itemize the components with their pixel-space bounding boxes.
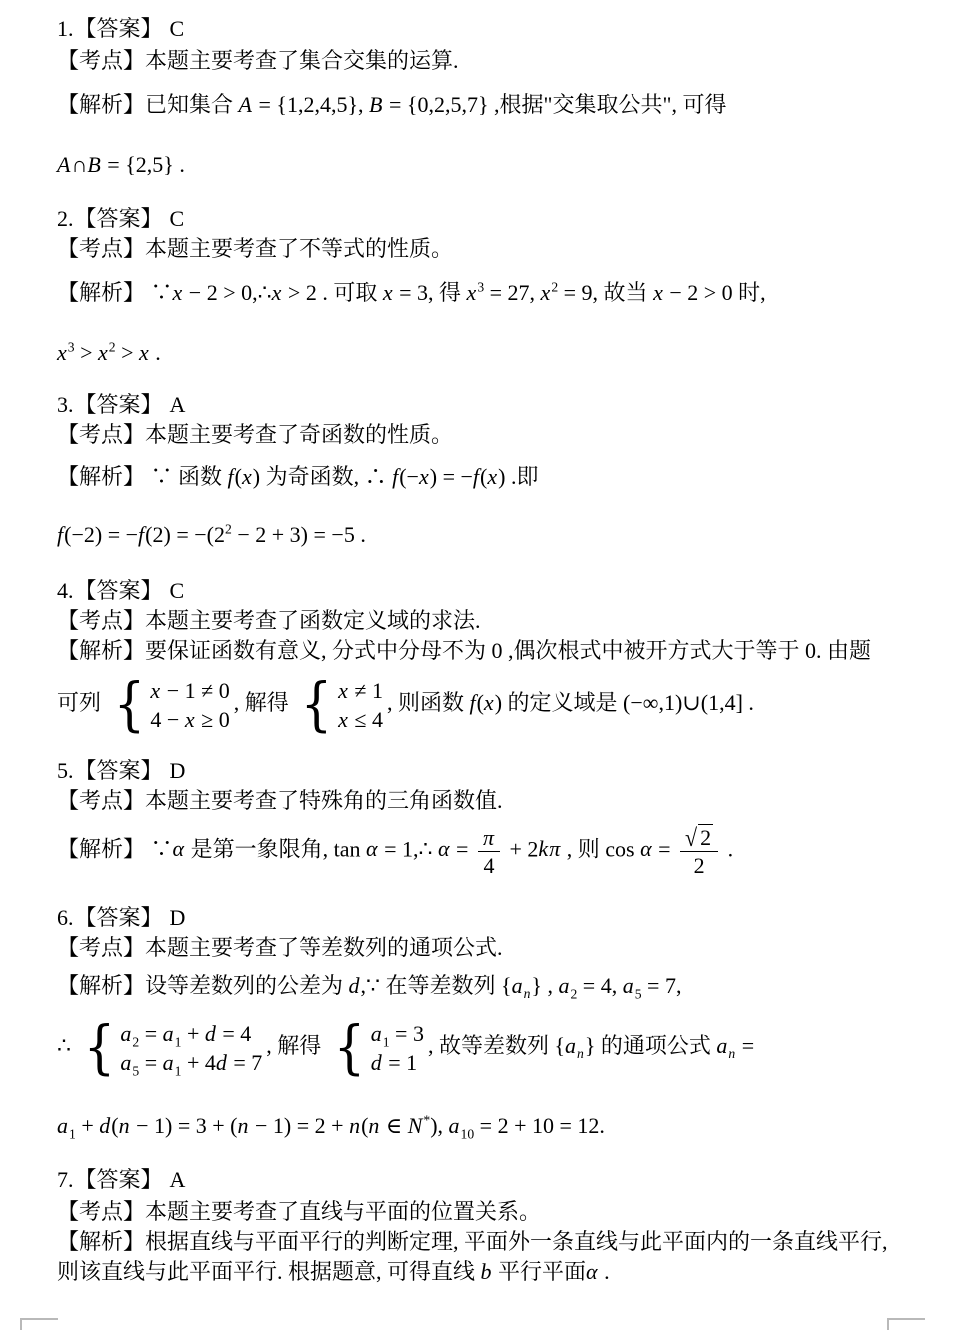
text-run: , 解得 bbox=[266, 1033, 327, 1058]
text-run: 【考点】本题主要考查了集合交集的运算. bbox=[57, 48, 459, 73]
question-number: 5. bbox=[57, 758, 74, 783]
text-run: 【解析】 bbox=[57, 280, 151, 305]
left-brace-icon: { bbox=[301, 678, 332, 731]
radical-sign: √ bbox=[685, 823, 697, 851]
answer-line: 7.【答案】A bbox=[57, 1165, 943, 1195]
paragraph: 【解析】已知集合 A = {1,2,4,5}, B = {0,2,5,7} ,根… bbox=[57, 90, 943, 120]
paragraph: 【解析】设等差数列的公差为 d,∵ 在等差数列 {an} , a2 = 4, a… bbox=[57, 971, 943, 1001]
text-run: 【考点】本题主要考查了奇函数的性质。 bbox=[57, 422, 453, 447]
answer-line: 4.【答案】C bbox=[57, 576, 943, 606]
paragraph: 【考点】本题主要考查了奇函数的性质。 bbox=[57, 420, 943, 450]
paragraph: 【考点】本题主要考查了特殊角的三角函数值. bbox=[57, 786, 943, 816]
math-run: x3 = 27, x2 = 9 bbox=[467, 280, 593, 305]
question-block: 3.【答案】A【考点】本题主要考查了奇函数的性质。【解析】 ∵ 函数 f(x) … bbox=[57, 390, 943, 550]
equation-rows: x ≠ 1x ≤ 4 bbox=[338, 676, 383, 734]
text-run: 可列 bbox=[57, 690, 107, 715]
equation-system: {x − 1 ≠ 04 − x ≥ 0 bbox=[111, 676, 230, 734]
answer-label: 【答案】 bbox=[75, 392, 163, 417]
math-run: x − 2 > 0 bbox=[653, 280, 733, 305]
question-block: 1.【答案】C【考点】本题主要考查了集合交集的运算.【解析】已知集合 A = {… bbox=[57, 14, 943, 180]
answer-value: A bbox=[170, 1167, 186, 1192]
equation-system: {a1 = 3d = 1 bbox=[331, 1019, 424, 1077]
paragraph: x3 > x2 > x . bbox=[57, 338, 943, 368]
text-run: , 则 bbox=[561, 836, 605, 861]
paragraph: 【解析】 ∵x − 2 > 0,∴x > 2 . 可取 x = 3, 得 x3 … bbox=[57, 278, 943, 308]
paragraph: 【考点】本题主要考查了等差数列的通项公式. bbox=[57, 933, 943, 963]
equation-row: a2 = a1 + d = 4 bbox=[120, 1019, 262, 1048]
radicand: 2 bbox=[698, 824, 713, 850]
math-run: ∴ f(−x) = −f(x) bbox=[365, 464, 506, 489]
document-page: 1.【答案】C【考点】本题主要考查了集合交集的运算.【解析】已知集合 A = {… bbox=[0, 0, 960, 1330]
answer-label: 【答案】 bbox=[75, 905, 163, 930]
math-run: ∵x − 2 > 0,∴x > 2 bbox=[151, 280, 317, 305]
answer-label: 【答案】 bbox=[75, 16, 163, 41]
paragraph: 【解析】 ∵ 函数 f(x) 为奇函数, ∴ f(−x) = −f(x) .即 bbox=[57, 462, 943, 492]
equation-row: d = 1 bbox=[371, 1048, 424, 1077]
sqrt-fraction: √22 bbox=[680, 824, 718, 879]
math-run: ∵α bbox=[151, 836, 186, 861]
text-run: , 得 bbox=[428, 280, 467, 305]
text-run: 【考点】本题主要考查了函数定义域的求法. bbox=[57, 608, 481, 633]
question-number: 4. bbox=[57, 578, 74, 603]
paragraph: 【解析】 ∵α 是第一象限角, tan α = 1,∴ α = π4 + 2kπ… bbox=[57, 824, 943, 879]
text-run: . bbox=[150, 340, 161, 365]
math-run: A = {1,2,4,5}, B = {0,2,5,7} bbox=[239, 92, 489, 117]
answer-value: C bbox=[170, 16, 185, 41]
paragraph: A∩B = {2,5} . bbox=[57, 150, 943, 180]
answer-line: 5.【答案】D bbox=[57, 756, 943, 786]
question-block: 7.【答案】A【考点】本题主要考查了直线与平面的位置关系。【解析】根据直线与平面… bbox=[57, 1165, 943, 1287]
text-run: . bbox=[355, 522, 366, 547]
answer-value: D bbox=[170, 905, 186, 930]
answer-line: 6.【答案】D bbox=[57, 903, 943, 933]
equation-row: x − 1 ≠ 0 bbox=[150, 676, 229, 705]
text-run: . bbox=[743, 690, 754, 715]
paragraph: ∴ {a2 = a1 + d = 4a5 = a1 + 4d = 7, 解得 {… bbox=[57, 1019, 943, 1077]
math-run: α = bbox=[640, 836, 676, 861]
left-brace-icon: { bbox=[83, 1021, 114, 1074]
text-run: 平行平面 bbox=[493, 1259, 587, 1284]
paragraph: 则该直线与此平面平行. 根据题意, 可得直线 b 平行平面α . bbox=[57, 1257, 943, 1287]
question-number: 6. bbox=[57, 905, 74, 930]
equation-row: 4 − x ≥ 0 bbox=[150, 705, 229, 734]
question-number: 1. bbox=[57, 16, 74, 41]
document-content: 1.【答案】C【考点】本题主要考查了集合交集的运算.【解析】已知集合 A = {… bbox=[57, 14, 943, 1287]
text-run: . bbox=[599, 1259, 610, 1284]
paragraph: 【考点】本题主要考查了不等式的性质。 bbox=[57, 234, 943, 264]
math-run: {an} bbox=[501, 973, 542, 998]
fraction: π4 bbox=[478, 825, 500, 879]
left-brace-icon: { bbox=[334, 1021, 365, 1074]
question-block: 4.【答案】C【考点】本题主要考查了函数定义域的求法.【解析】要保证函数有意义,… bbox=[57, 576, 943, 734]
question-block: 5.【答案】D【考点】本题主要考查了特殊角的三角函数值.【解析】 ∵α 是第一象… bbox=[57, 756, 943, 879]
text-run: 【解析】 bbox=[57, 836, 151, 861]
equation-rows: a1 = 3d = 1 bbox=[371, 1019, 424, 1077]
equation-row: a5 = a1 + 4d = 7 bbox=[120, 1048, 262, 1077]
answer-line: 3.【答案】A bbox=[57, 390, 943, 420]
math-run: f(x) bbox=[469, 690, 502, 715]
page-corner-mark-bottom-right bbox=[887, 1318, 925, 1330]
text-run: , 则函数 bbox=[387, 690, 470, 715]
math-run: α bbox=[586, 1259, 599, 1284]
text-run: 【解析】根据直线与平面平行的判断定理, 平面外一条直线与此平面内的一条直线平行, bbox=[57, 1229, 888, 1254]
math-run: f(x) bbox=[228, 464, 261, 489]
math-run: A∩B = {2,5} bbox=[57, 152, 174, 177]
text-run: 是第一象限角, bbox=[185, 836, 334, 861]
paragraph: 【解析】要保证函数有意义, 分式中分母不为 0 ,偶次根式中被开方式大于等于 0… bbox=[57, 636, 943, 666]
page-corner-mark-bottom-left bbox=[20, 1318, 58, 1330]
math-run: + 2kπ bbox=[504, 836, 561, 861]
question-block: 2.【答案】C【考点】本题主要考查了不等式的性质。【解析】 ∵x − 2 > 0… bbox=[57, 204, 943, 368]
answer-value: D bbox=[170, 758, 186, 783]
text-run: 【考点】本题主要考查了特殊角的三角函数值. bbox=[57, 788, 503, 813]
text-run: 【考点】本题主要考查了直线与平面的位置关系。 bbox=[57, 1199, 541, 1224]
paragraph: 【解析】根据直线与平面平行的判断定理, 平面外一条直线与此平面内的一条直线平行, bbox=[57, 1227, 943, 1257]
text-run: . bbox=[722, 836, 733, 861]
equation-rows: a2 = a1 + d = 4a5 = a1 + 4d = 7 bbox=[120, 1019, 262, 1077]
question-block: 6.【答案】D【考点】本题主要考查了等差数列的通项公式.【解析】设等差数列的公差… bbox=[57, 903, 943, 1141]
math-run: x = 3 bbox=[383, 280, 428, 305]
text-run: 【解析】已知集合 bbox=[57, 92, 239, 117]
text-run: , 故当 bbox=[593, 280, 654, 305]
answer-label: 【答案】 bbox=[75, 206, 163, 231]
answer-value: C bbox=[170, 578, 185, 603]
math-run: f(−2) = −f(2) = −(22 − 2 + 3) = −5 bbox=[57, 522, 355, 547]
text-run: , 解得 bbox=[234, 690, 295, 715]
question-number: 3. bbox=[57, 392, 74, 417]
fraction-numerator: √2 bbox=[680, 824, 718, 852]
text-run: 在等差数列 bbox=[380, 973, 501, 998]
text-run: tan bbox=[334, 836, 366, 861]
math-run: a2 = 4, a5 = 7, bbox=[558, 973, 681, 998]
answer-label: 【答案】 bbox=[75, 758, 163, 783]
equation-row: x ≠ 1 bbox=[338, 676, 383, 705]
text-run: 则该直线与此平面平行. 根据题意, 可得直线 bbox=[57, 1259, 481, 1284]
answer-line: 2.【答案】C bbox=[57, 204, 943, 234]
equation-rows: x − 1 ≠ 04 − x ≥ 0 bbox=[150, 676, 229, 734]
answer-label: 【答案】 bbox=[75, 1167, 163, 1192]
math-run: {an} bbox=[554, 1033, 595, 1058]
math-run: (−∞,1)∪(1,4] bbox=[623, 690, 743, 715]
paragraph: 【考点】本题主要考查了函数定义域的求法. bbox=[57, 606, 943, 636]
answer-value: A bbox=[170, 392, 186, 417]
text-run: 【考点】本题主要考查了不等式的性质。 bbox=[57, 236, 453, 261]
text-run: 【解析】要保证函数有意义, 分式中分母不为 0 ,偶次根式中被开方式大于等于 0… bbox=[57, 638, 871, 663]
text-run: 【考点】本题主要考查了等差数列的通项公式. bbox=[57, 935, 503, 960]
paragraph: 【考点】本题主要考查了直线与平面的位置关系。 bbox=[57, 1197, 943, 1227]
text-run: , 故等差数列 bbox=[428, 1033, 555, 1058]
text-run: 【解析】 ∵ 函数 bbox=[57, 464, 228, 489]
math-run: x3 > x2 > x bbox=[57, 340, 150, 365]
text-run: 为奇函数, bbox=[260, 464, 365, 489]
fraction-denominator: 4 bbox=[478, 852, 500, 878]
question-number: 7. bbox=[57, 1167, 74, 1192]
text-run: .即 bbox=[505, 464, 538, 489]
answer-value: C bbox=[170, 206, 185, 231]
fraction-numerator: π bbox=[478, 825, 500, 852]
math-run: d,∵ bbox=[349, 973, 381, 998]
paragraph: 可列 {x − 1 ≠ 04 − x ≥ 0, 解得 {x ≠ 1x ≤ 4, … bbox=[57, 676, 943, 734]
math-run: b bbox=[481, 1259, 493, 1284]
equation-row: a1 = 3 bbox=[371, 1019, 424, 1048]
text-run: 【解析】设等差数列的公差为 bbox=[57, 973, 349, 998]
fraction-denominator: 2 bbox=[680, 852, 718, 878]
text-run: 的通项公式 bbox=[595, 1033, 716, 1058]
paragraph: f(−2) = −f(2) = −(22 − 2 + 3) = −5 . bbox=[57, 520, 943, 550]
text-run: , bbox=[542, 973, 559, 998]
text-run: . 可取 bbox=[317, 280, 383, 305]
math-run: an = bbox=[716, 1033, 754, 1058]
text-run: cos bbox=[605, 836, 640, 861]
paragraph: a1 + d(n − 1) = 3 + (n − 1) = 2 + n(n ∈ … bbox=[57, 1111, 943, 1141]
question-number: 2. bbox=[57, 206, 74, 231]
math-run: a1 + d(n − 1) = 3 + (n − 1) = 2 + n(n ∈ … bbox=[57, 1113, 605, 1138]
text-run: ,根据"交集取公共", 可得 bbox=[489, 92, 727, 117]
equation-system: {a2 = a1 + d = 4a5 = a1 + 4d = 7 bbox=[81, 1019, 263, 1077]
answer-label: 【答案】 bbox=[75, 578, 163, 603]
equation-row: x ≤ 4 bbox=[338, 705, 383, 734]
math-run: α = 1,∴ α = bbox=[366, 836, 474, 861]
answer-line: 1.【答案】C bbox=[57, 14, 943, 44]
left-brace-icon: { bbox=[113, 678, 144, 731]
paragraph: 【考点】本题主要考查了集合交集的运算. bbox=[57, 46, 943, 76]
equation-system: {x ≠ 1x ≤ 4 bbox=[298, 676, 383, 734]
text-run: . bbox=[174, 152, 185, 177]
math-run: ∴ bbox=[57, 1033, 77, 1058]
text-run: 时, bbox=[733, 280, 766, 305]
text-run: 的定义域是 bbox=[502, 690, 623, 715]
